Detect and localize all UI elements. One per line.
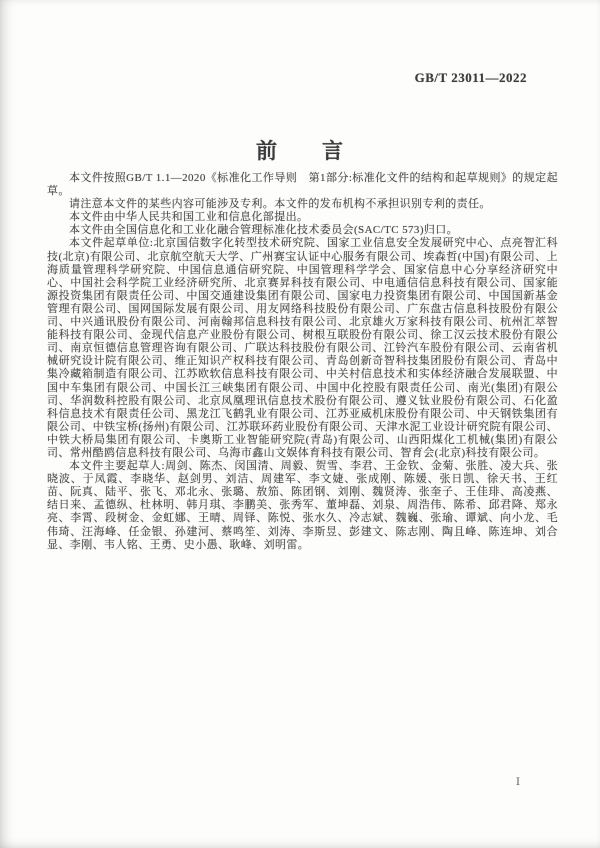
paragraph-centralized-by: 本文件由全国信息化和工业化融合管理标准化技术委员会(SAC/TC 573)归口。 (47, 224, 558, 237)
paragraph-main-drafters: 本文件主要起草人:周剑、陈杰、闵国清、周毅、贺雪、李君、王金钦、金菊、张胜、凌大… (47, 460, 558, 552)
paragraph-patent-notice: 请注意本文件的某些内容可能涉及专利。本文件的发布机构不承担识别专利的责任。 (47, 198, 558, 211)
document-page: GB/T 23011—2022 前 言 本文件按照GB/T 1.1—2020《标… (0, 0, 600, 848)
paragraph-proposed-by: 本文件由中华人民共和国工业和信息化部提出。 (47, 211, 558, 224)
standard-code: GB/T 23011—2022 (415, 70, 527, 86)
foreword-body: 本文件按照GB/T 1.1—2020《标准化工作导则 第1部分:标准化文件的结构… (47, 172, 558, 552)
paragraph-drafting-rule: 本文件按照GB/T 1.1—2020《标准化工作导则 第1部分:标准化文件的结构… (47, 172, 558, 198)
page-title: 前 言 (0, 135, 600, 165)
paragraph-drafting-organizations: 本文件起草单位:北京国信数字化转型技术研究院、国家工业信息安全发展研究中心、点亮… (47, 237, 558, 460)
page-number: Ⅰ (516, 777, 520, 788)
